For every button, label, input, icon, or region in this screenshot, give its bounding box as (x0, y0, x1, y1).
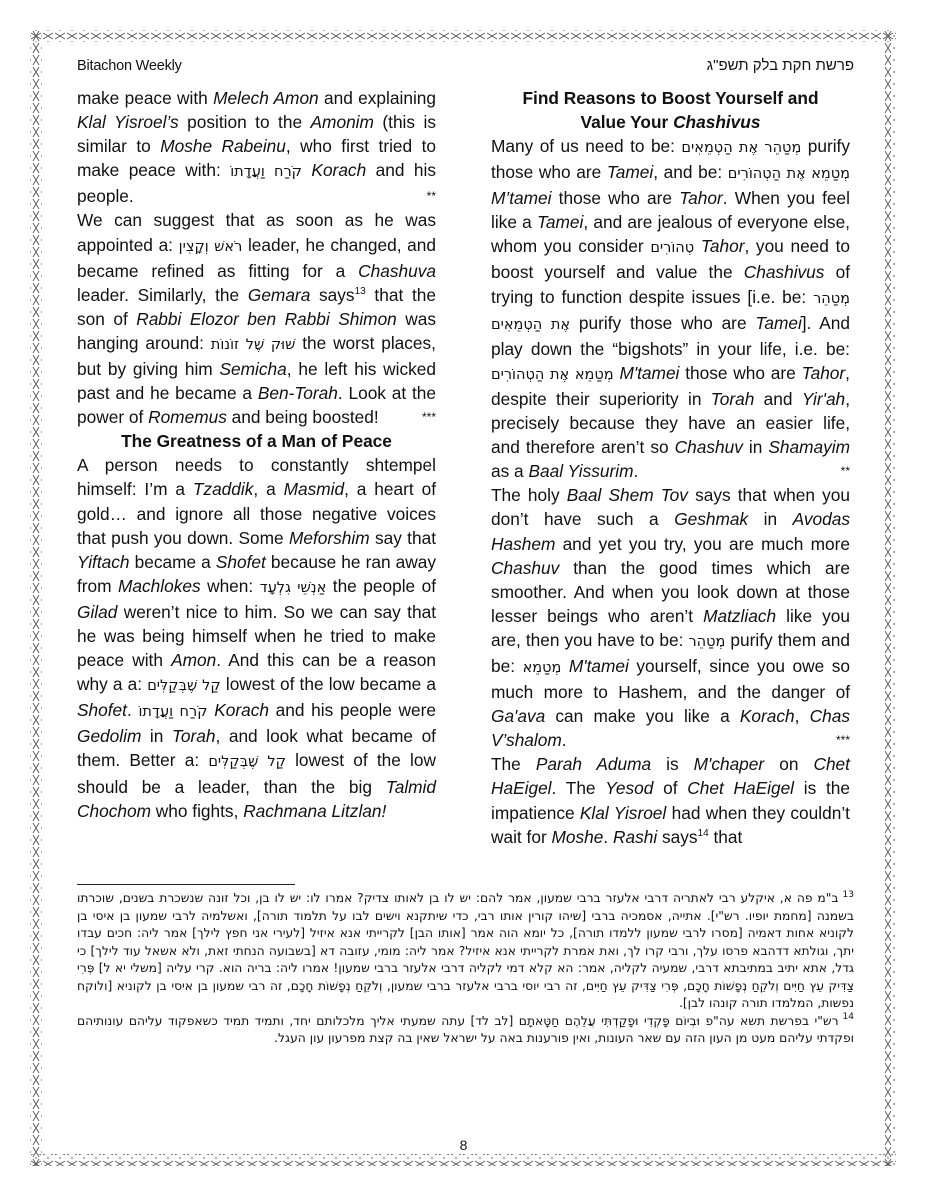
text: those who are (679, 363, 801, 383)
section-separator: ** (427, 184, 436, 208)
transliteration: Meforshim (289, 528, 370, 548)
text: , (795, 706, 810, 726)
page-header: Bitachon Weekly פרשת חקת בלק תשפ"ג (77, 55, 854, 77)
text: in (141, 726, 172, 746)
hebrew-quote: אַנְשֵׁי גִלְעָד (260, 580, 327, 596)
transliteration: Ben-Torah (258, 383, 338, 403)
footnote-13: 13ב"מ פה א, איקלע רבי לאתריה דרבי אלעזר … (77, 890, 854, 1013)
text: say that (370, 528, 436, 548)
hebrew-quote: קַל שֶׁבְּקַלִּים (208, 754, 286, 770)
transliteration: Shofet (216, 552, 266, 572)
text: became a (130, 552, 216, 572)
text: the people of (326, 576, 436, 596)
footnote-14: 14רש"י בפרשת תשא עה"פ וּבְיוֹם פָּקְדִי … (77, 1013, 854, 1048)
transliteration: Amon (171, 650, 216, 670)
transliteration: M'tamei (569, 656, 629, 676)
section-heading: Find Reasons to Boost Yourself andValue … (491, 86, 850, 134)
transliteration: Geshmak (674, 509, 748, 529)
left-column: make peace with Melech Amon and explaini… (77, 86, 436, 823)
text: in (743, 437, 769, 457)
transliteration: M'tamei (619, 363, 679, 383)
text: as a (491, 461, 528, 481)
transliteration: Tahor (802, 363, 846, 383)
section-separator: *** (422, 405, 436, 429)
transliteration: Yir'ah (802, 389, 845, 409)
transliteration: Matzliach (703, 606, 776, 626)
transliteration: Moshe Rabeinu (160, 136, 286, 156)
page-number: 8 (0, 1137, 927, 1153)
transliteration: Korach (740, 706, 795, 726)
heading-line: Value Your (581, 112, 674, 132)
text: is (651, 754, 694, 774)
hebrew-quote: מְטַהֵר (688, 634, 725, 650)
transliteration: Romemus (148, 407, 227, 427)
text: says (657, 827, 697, 847)
hebrew-quote: קַל שֶׁבְּקַלִּים (147, 678, 221, 694)
transliteration: Rachmana Litzlan! (243, 801, 386, 821)
text: purify those who are (570, 313, 755, 333)
transliteration: Tamei (537, 212, 583, 232)
text: leader. Similarly, the (77, 285, 248, 305)
text: and explaining (319, 88, 436, 108)
heading-line: Find Reasons to Boost Yourself and (522, 88, 818, 108)
transliteration: Shofet (77, 700, 127, 720)
transliteration: Chashivus (744, 262, 825, 282)
transliteration: Masmid (284, 479, 345, 499)
text: position to the (179, 112, 311, 132)
transliteration: Baal Shem Tov (567, 485, 688, 505)
paragraph: Many of us need to be: מְטַהֵר אֶת הַטְמ… (491, 134, 850, 483)
hebrew-quote: קֹרַח וַעֲדָתוֹ (138, 704, 207, 720)
section-separator: *** (836, 728, 850, 752)
section-separator: ** (841, 459, 850, 483)
footnote-text: רש"י בפרשת תשא עה"פ וּבְיוֹם פָּקְדִי וּ… (77, 1014, 854, 1046)
text: and (754, 389, 801, 409)
hebrew-quote: מְטַהֵר אֶת הַטְמֵאִים (681, 140, 801, 156)
parsha-title: פרשת חקת בלק תשפ"ג (707, 57, 854, 74)
transliteration: Gilad (77, 602, 117, 622)
footnote-ref-13[interactable]: 13 (355, 286, 366, 297)
text: . The (552, 778, 606, 798)
publication-title: Bitachon Weekly (77, 58, 182, 74)
text: make peace with (77, 88, 213, 108)
transliteration: Melech Amon (213, 88, 319, 108)
text: in (748, 509, 793, 529)
text: says (310, 285, 354, 305)
hebrew-quote: טְהוֹרִים (650, 240, 694, 256)
transliteration: Klal Yisroel’s (77, 112, 179, 132)
text: . (562, 730, 567, 750)
transliteration: Torah (711, 389, 755, 409)
text: can make you like a (545, 706, 740, 726)
right-column: Find Reasons to Boost Yourself andValue … (491, 86, 850, 849)
transliteration: M’tamei (491, 188, 552, 208)
paragraph: The holy Baal Shem Tov says that when yo… (491, 483, 850, 752)
text: . (127, 700, 139, 720)
footnote-number: 13 (843, 890, 854, 900)
text (302, 160, 311, 180)
transliteration: Tamei (607, 162, 653, 182)
transliteration: Chet HaEigel (687, 778, 794, 798)
transliteration: Yiftach (77, 552, 130, 572)
text: when: (201, 576, 260, 596)
paragraph: A person needs to constantly shtempel hi… (77, 453, 436, 822)
text: who fights, (151, 801, 243, 821)
transliteration: Chashuva (358, 261, 436, 281)
text: of (653, 778, 687, 798)
hebrew-quote: מְטַמֵא אֶת הַטְהוֹרִים (491, 367, 614, 383)
hebrew-quote: מְטַמֵא אֶת הַטְהוֹרִים (728, 166, 850, 182)
footnote-ref-14[interactable]: 14 (698, 828, 709, 839)
transliteration: Yesod (605, 778, 653, 798)
transliteration: Gemara (248, 285, 310, 305)
paragraph: We can suggest that as soon as he was ap… (77, 208, 436, 429)
footnotes: 13ב"מ פה א, איקלע רבי לאתריה דרבי אלעזר … (77, 890, 854, 1048)
transliteration: Rashi (613, 827, 657, 847)
text: . (603, 827, 613, 847)
footnote-text: ב"מ פה א, איקלע רבי לאתריה דרבי אלעזר בר… (77, 891, 854, 1010)
hebrew-quote: מְטַמֵא (523, 660, 562, 676)
transliteration: Klal Yisroel (580, 803, 666, 823)
transliteration: Parah Aduma (536, 754, 651, 774)
text: those who are (552, 188, 680, 208)
transliteration: Rabbi Elozor ben Rabbi Shimon (136, 309, 397, 329)
text: , and be: (653, 162, 728, 182)
transliteration: Shamayim (768, 437, 850, 457)
transliteration: Amonim (311, 112, 374, 132)
transliteration: Semicha (220, 359, 287, 379)
hebrew-quote: שׁוּק שֶׁל זוֹנוֹת (211, 337, 296, 353)
hebrew-quote: רֹאשׁ וְקָצִין (179, 239, 243, 255)
text (694, 236, 701, 256)
transliteration: Tzaddik (193, 479, 254, 499)
section-heading: The Greatness of a Man of Peace (77, 429, 436, 453)
transliteration: Chashuv (675, 437, 743, 457)
paragraph: The Parah Aduma is M'chaper on Chet HaEi… (491, 752, 850, 848)
text: and yet you try, you are much more (555, 534, 850, 554)
footnote-number: 14 (843, 1012, 854, 1022)
text: and his people were (269, 700, 436, 720)
transliteration: Torah (172, 726, 216, 746)
text (561, 656, 569, 676)
text: and being boosted! (227, 407, 379, 427)
transliteration: M'chaper (694, 754, 765, 774)
transliteration: Tahor (701, 236, 745, 256)
transliteration: Korach (214, 700, 269, 720)
heading-transliteration: Chashivus (673, 112, 760, 132)
transliteration: Tahor (679, 188, 723, 208)
text: . (633, 461, 638, 481)
transliteration: Moshe (552, 827, 604, 847)
text: on (764, 754, 813, 774)
hebrew-quote: קֹרַח וַעֲדָתוֹ (230, 164, 302, 180)
transliteration: Korach (311, 160, 366, 180)
footnote-separator (77, 884, 295, 885)
transliteration: Ga'ava (491, 706, 545, 726)
text: that (709, 827, 743, 847)
transliteration: Tamei (755, 313, 801, 333)
text: The holy (491, 485, 567, 505)
transliteration: Baal Yissurim (528, 461, 633, 481)
text: lowest of the low became a (221, 674, 436, 694)
paragraph: make peace with Melech Amon and explaini… (77, 86, 436, 208)
transliteration: Gedolim (77, 726, 141, 746)
text: , a (253, 479, 283, 499)
transliteration: Machlokes (118, 576, 201, 596)
text: The (491, 754, 536, 774)
transliteration: Chashuv (491, 558, 559, 578)
text: Many of us need to be: (491, 136, 681, 156)
